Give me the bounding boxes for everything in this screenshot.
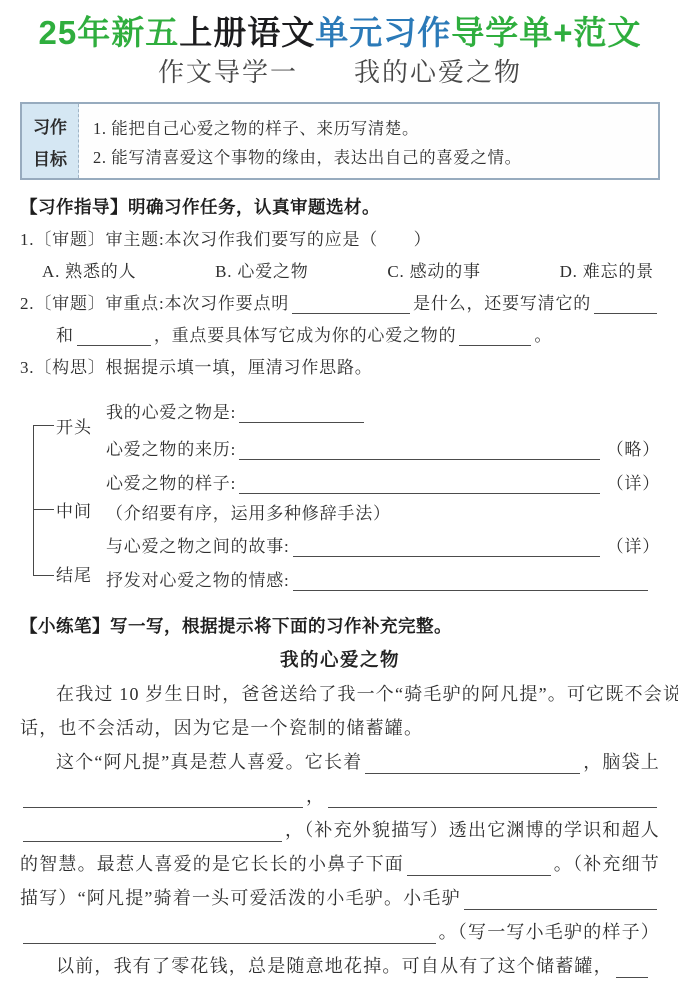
goal-item-2: 2. 能写清喜爱这个事物的缘由，表达出自己的喜爱之情。 (93, 144, 658, 168)
worksheet-page: 25年新五上册语文单元习作导学单+范文 作文导学一 我的心爱之物 习作 目标 1… (0, 0, 678, 984)
fill-blank (293, 571, 648, 591)
option-a: A. 熟悉的人 (42, 257, 136, 282)
fill-blank (23, 924, 436, 944)
question-3: 3.〔构思〕根据提示填一填，厘清习作思路。 (20, 351, 660, 383)
fill-blank (239, 440, 599, 460)
outline-middle-note-text: （介绍要有序，运用多种修辞手法） (106, 499, 391, 524)
essay-text: 话，也不会活动，因为它是一个瓷制的储蓄罐。 (20, 714, 423, 740)
outline-line-appearance-label: 心爱之物的样子: (106, 469, 236, 494)
fill-blank (77, 326, 151, 346)
title-segment-2: 上册语文 (179, 14, 315, 51)
page-subtitle: 作文导学一 我的心爱之物 (20, 54, 660, 92)
goals-box-content: 1. 能把自己心爱之物的样子、来历写清楚。 2. 能写清喜爱这个事物的缘由，表达… (79, 104, 658, 178)
question-2-text-end: 。 (534, 321, 552, 346)
outline-node-beginning: 开头 (56, 413, 92, 438)
option-d: D. 难忘的景 (560, 257, 654, 282)
question-2-line-2: 和 ，重点要具体写它成为你的心爱之物的 。 (20, 319, 660, 351)
outline-line-story-label: 与心爱之物之间的故事: (106, 532, 290, 557)
bracket-tick (33, 425, 54, 426)
essay-line-7: 描写）“阿凡提”骑着一头可爱活泼的小毛驴。小毛驴 (20, 880, 660, 914)
essay-text: 的智慧。最惹人喜爱的是它长长的小鼻子下面 (20, 850, 404, 876)
outline-line-appearance: 心爱之物的样子: （详） (106, 464, 660, 498)
question-2-text-mid: 是什么，还要写清它的 (413, 289, 591, 314)
question-1-options: A. 熟悉的人 B. 心爱之物 C. 感动的事 D. 难忘的景 (20, 255, 660, 287)
fill-blank (407, 856, 551, 876)
fill-blank (464, 890, 657, 910)
outline-line-emotion: 抒发对心爱之物的情感: (106, 561, 660, 595)
outline-node-ending: 结尾 (56, 561, 92, 586)
outline-content: 我的心爱之物是: 心爱之物的来历: （略） 心爱之物的样子: （详） （介绍要有… (106, 391, 660, 595)
question-2-text-pre: 2.〔审题〕审重点:本次习作要点明 (20, 289, 289, 314)
fill-blank (594, 294, 657, 314)
essay-text: 。（写一写小毛驴的样子） (439, 918, 660, 944)
essay-text: ， (306, 782, 325, 808)
brief-tag: （略） (607, 435, 660, 460)
bracket-tick (33, 509, 54, 510)
essay-line-4: ， (20, 778, 660, 812)
fill-blank (293, 537, 600, 557)
bracket-tick (33, 575, 54, 576)
outline-line-origin-label: 心爱之物的来历: (106, 435, 236, 460)
essay-text: 描写）“阿凡提”骑着一头可爱活泼的小毛驴。小毛驴 (20, 884, 461, 910)
detail-tag: （详） (607, 469, 660, 494)
bracket-vertical-line (33, 425, 34, 575)
essay-title: 我的心爱之物 (20, 642, 660, 676)
outline-line-emotion-label: 抒发对心爱之物的情感: (106, 566, 290, 591)
fill-blank (23, 822, 282, 842)
question-1: 1.〔审题〕审主题:本次习作我们要写的应是（ ） (20, 223, 660, 255)
outline-diagram: 开头 中间 结尾 我的心爱之物是: 心爱之物的来历: （略） 心爱之物的样子: … (20, 391, 660, 599)
question-1-text: 1.〔审题〕审主题:本次习作我们要写的应是（ ） (20, 225, 431, 250)
fill-blank (239, 474, 599, 494)
fill-blank (292, 294, 410, 314)
essay-text: 以前，我有了零花钱，总是随意地花掉。可自从有了这个储蓄罐， (20, 952, 613, 978)
fill-blank (365, 754, 580, 774)
essay-text: 在我过 10 岁生日时，爸爸送给了我一个“骑毛驴的阿凡提”。可它既不会说 (20, 680, 678, 706)
question-2-text-mid2: ，重点要具体写它成为你的心爱之物的 (154, 321, 457, 346)
outline-middle-note: （介绍要有序，运用多种修辞手法） (106, 498, 660, 528)
essay-text: 。（补充细节 (554, 850, 660, 876)
essay-line-2: 话，也不会活动，因为它是一个瓷制的储蓄罐。 (20, 710, 660, 744)
outline-node-middle: 中间 (56, 497, 92, 522)
essay-line-6: 的智慧。最惹人喜爱的是它长长的小鼻子下面 。（补充细节 (20, 846, 660, 880)
outline-line-story: 与心爱之物之间的故事: （详） (106, 528, 660, 561)
essay-line-9: 以前，我有了零花钱，总是随意地花掉。可自从有了这个储蓄罐， (20, 948, 660, 982)
essay-text: ，（补充外貌描写）透出它渊博的学识和超人 (285, 816, 660, 842)
title-segment-4: 导学单+范文 (451, 14, 641, 51)
goals-box-label: 习作 目标 (22, 104, 79, 178)
question-2-line-1: 2.〔审题〕审重点:本次习作要点明 是什么，还要写清它的 (20, 287, 660, 319)
question-3-text: 3.〔构思〕根据提示填一填，厘清习作思路。 (20, 353, 373, 378)
fill-blank (328, 788, 657, 808)
page-title: 25年新五上册语文单元习作导学单+范文 (20, 12, 660, 54)
option-b: B. 心爱之物 (215, 257, 308, 282)
fill-blank (616, 958, 648, 978)
goals-label-line1: 习作 (33, 113, 67, 138)
question-2-text-and: 和 (20, 321, 74, 346)
essay-text: ，脑袋上 (583, 748, 660, 774)
essay-line-1: 在我过 10 岁生日时，爸爸送给了我一个“骑毛驴的阿凡提”。可它既不会说 (20, 676, 660, 710)
outline-line-what-label: 我的心爱之物是: (106, 398, 236, 423)
title-segment-3: 单元习作 (315, 14, 451, 51)
essay-line-8: 。（写一写小毛驴的样子） (20, 914, 660, 948)
option-c: C. 感动的事 (387, 257, 480, 282)
title-segment-1: 25年新五 (39, 14, 180, 51)
essay-text: 这个“阿凡提”真是惹人喜爱。它长着 (20, 748, 362, 774)
goal-item-1: 1. 能把自己心爱之物的样子、来历写清楚。 (93, 115, 658, 139)
fill-blank (239, 403, 364, 423)
outline-line-what: 我的心爱之物是: (106, 391, 660, 427)
goals-label-line2: 目标 (33, 145, 67, 170)
fill-blank (23, 788, 303, 808)
detail-tag: （详） (607, 532, 660, 557)
outline-line-origin: 心爱之物的来历: （略） (106, 427, 660, 464)
fill-blank (459, 326, 531, 346)
guide-section-heading: 【习作指导】明确习作任务，认真审题选材。 (20, 192, 660, 223)
essay-line-3: 这个“阿凡提”真是惹人喜爱。它长着 ，脑袋上 (20, 744, 660, 778)
practice-section-heading: 【小练笔】写一写，根据提示将下面的习作补充完整。 (20, 611, 660, 642)
goals-box: 习作 目标 1. 能把自己心爱之物的样子、来历写清楚。 2. 能写清喜爱这个事物… (20, 102, 660, 180)
essay-line-5: ，（补充外貌描写）透出它渊博的学识和超人 (20, 812, 660, 846)
